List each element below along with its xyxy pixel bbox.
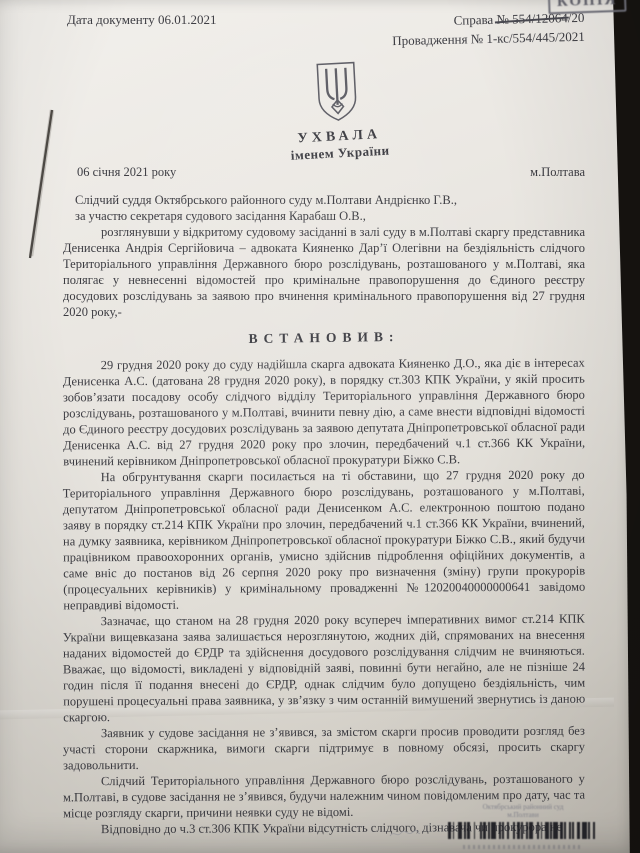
- hearing-city: м.Полтава: [530, 164, 585, 180]
- body-paragraph-2: На обгрунтування скарги посилається на т…: [63, 467, 586, 614]
- case-suffix: /20: [568, 10, 585, 25]
- document-header: УХВАЛА іменем України: [75, 48, 602, 175]
- body-paragraph-1: 29 грудня 2020 року до суду надійшла ска…: [63, 355, 586, 470]
- court-registration-stamp: Октябрський районний суд м.Полтави: [428, 803, 618, 849]
- case-number-struck: № 554/12064: [497, 10, 569, 27]
- barcode: [448, 822, 598, 839]
- proceeding-number-line: Провадження № 1-кс/554/445/2021: [393, 27, 586, 50]
- section-heading-resolved: ВСТАНОВИВ:: [63, 326, 585, 349]
- intro-block: Слідчий суддя Октябрського районного суд…: [63, 192, 585, 320]
- meta-right-block: Справа № 554/12064/20 Провадження № 1-кс…: [392, 4, 585, 50]
- ukraine-trident-emblem-icon: [311, 60, 362, 124]
- stamp-court-city: м.Полтави: [428, 811, 618, 819]
- document-content: Дата документу 06.01.2021 Справа № 554/1…: [63, 6, 585, 836]
- body-paragraph-4: Заявник у судове засідання не з’явився, …: [63, 723, 585, 774]
- case-prefix: Справа: [454, 12, 497, 28]
- document-photo: КОПІЯ Дата документу 06.01.2021 Справа №…: [0, 0, 640, 853]
- intro-paragraph: розглянувши у відкритому судовому засіда…: [63, 224, 585, 320]
- barcode-digits: [463, 845, 583, 849]
- body-paragraph-3: Зазначає, що станом на 28 грудня 2020 ро…: [63, 611, 586, 726]
- secretary-line: за участю секретаря судового засідання К…: [63, 208, 585, 224]
- body-text: 29 грудня 2020 року до суду надійшла ска…: [63, 356, 585, 836]
- signature-squiggle: [388, 827, 422, 841]
- meta-row: Дата документу 06.01.2021 Справа № 554/1…: [63, 6, 585, 48]
- photo-background: { "doc": { "meta": { "date_line": "Дата …: [0, 0, 640, 853]
- stamp-court-name: Октябрський районний суд: [428, 803, 618, 811]
- judge-line: Слідчий суддя Октябрського районного суд…: [63, 192, 585, 208]
- document-date: Дата документу 06.01.2021: [63, 6, 216, 28]
